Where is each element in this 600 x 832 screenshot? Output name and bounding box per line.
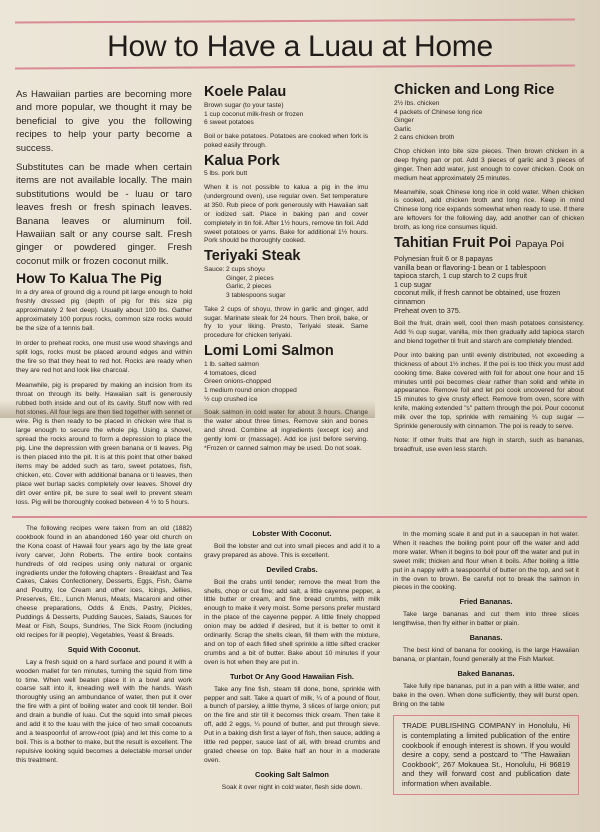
old-cookbook-column-2: Lobster With Coconut. Boil the lobster a… — [204, 525, 380, 798]
publisher-notice-box: TRADE PUBLISHING COMPANY in Honolulu, Hi… — [393, 715, 579, 794]
salt-salmon-recipe-part-1: Soak it over night in cold water, flesh … — [204, 784, 380, 793]
top-rule — [15, 19, 575, 24]
salt-salmon-recipe-part-2: In the morning scale it and put in a sau… — [393, 531, 579, 593]
intro-paragraph: As Hawaiian parties are becoming more an… — [16, 88, 192, 155]
teriyaki-directions: Take 2 cups of shoyu, throw in garlic an… — [204, 306, 368, 342]
fruit-poi-step-2: Pour into baking pan until evenly distri… — [394, 352, 584, 432]
fruit-poi-heading: Tahitian Fruit PoiPapaya Poi — [394, 239, 584, 250]
squid-recipe: Lay a fresh squid on a hard surface and … — [16, 659, 192, 766]
koele-palau-heading: Koele Palau — [204, 88, 368, 97]
lomi-salmon-ingredients: 1 lb. salted salmon 4 tomatoes, diced Gr… — [204, 361, 368, 404]
bananas-recipe: The best kind of banana for cooking, is … — [393, 647, 579, 665]
right-column: Chicken and Long Rice 2½ lbs. chicken 4 … — [394, 80, 584, 460]
deviled-crabs-recipe: Boil the crabs until tender; remove the … — [204, 579, 380, 668]
teriyaki-heading: Teriyaki Steak — [204, 252, 368, 261]
turbot-recipe: Take any fine fish, steam till done, bon… — [204, 686, 380, 766]
kalua-pig-heading: How To Kalua The Pig — [16, 274, 192, 283]
chicken-long-rice-heading: Chicken and Long Rice — [394, 86, 584, 95]
salt-salmon-heading: Cooking Salt Salmon — [204, 771, 380, 780]
chicken-long-rice-step-1: Chop chicken into bite size pieces. Then… — [394, 148, 584, 184]
old-cookbook-column-1: The following recipes were taken from an… — [16, 525, 192, 771]
old-cookbook-intro: The following recipes were taken from an… — [16, 525, 192, 641]
lobster-heading: Lobster With Coconut. — [204, 530, 380, 539]
title-underline-rule — [15, 65, 575, 70]
baked-bananas-heading: Baked Bananas. — [393, 670, 579, 679]
substitutions-paragraph: Substitutes can be made when certain ite… — [16, 161, 192, 268]
chicken-long-rice-ingredients: 2½ lbs. chicken 4 packets of Chinese lon… — [394, 100, 584, 143]
cookbook-page: How to Have a Luau at Home As Hawaiian p… — [0, 0, 600, 832]
intro-column: As Hawaiian parties are becoming more an… — [16, 88, 192, 513]
kalua-pig-step-1: In a dry area of ground dig a round pit … — [16, 288, 192, 333]
lomi-salmon-heading: Lomi Lomi Salmon — [204, 347, 368, 356]
fruit-poi-step-1: Boil the fruit, drain well, cool then ma… — [394, 320, 584, 347]
chicken-long-rice-step-2: Meanwhile, soak Chinese long rice in col… — [394, 189, 584, 234]
kalua-pork-ingredients: 5 lbs. pork butt — [204, 170, 368, 179]
fruit-poi-ingredients: Polynesian fruit 6 or 8 papayas vanilla … — [394, 255, 584, 315]
deviled-crabs-heading: Deviled Crabs. — [204, 566, 380, 575]
koele-palau-directions: Boil or bake potatoes. Potatoes are cook… — [204, 133, 368, 151]
squid-heading: Squid With Coconut. — [16, 646, 192, 655]
fruit-poi-note: Note: If other fruits that are high in s… — [394, 437, 584, 455]
bananas-heading: Bananas. — [393, 634, 579, 643]
page-fold-shadow — [0, 400, 375, 418]
fruit-poi-subheading: Papaya Poi — [515, 239, 564, 250]
fried-bananas-recipe: Take large bananas and cut them into thr… — [393, 611, 579, 629]
turbot-heading: Turbot Or Any Good Hawaiian Fish. — [204, 673, 380, 682]
kalua-pig-step-2: In order to preheat rocks, one must use … — [16, 339, 192, 375]
publisher-notice-text: TRADE PUBLISHING COMPANY in Honolulu, Hi… — [402, 721, 570, 788]
lobster-recipe: Boil the lobster and cut into small piec… — [204, 543, 380, 561]
koele-palau-ingredients: Brown sugar (to your taste) 1 cup coconu… — [204, 102, 368, 128]
kalua-pork-heading: Kalua Pork — [204, 157, 368, 166]
fried-bananas-heading: Fried Bananas. — [393, 598, 579, 607]
old-cookbook-column-3: In the morning scale it and put in a sau… — [393, 531, 579, 795]
section-divider-rule — [12, 516, 587, 518]
teriyaki-ingredients: Sauce: 2 cups shoyu Ginger, 2 pieces Gar… — [204, 266, 368, 300]
kalua-pork-directions: When it is not possible to kalua a pig i… — [204, 184, 368, 246]
baked-bananas-recipe: Take fully ripe bananas, put in a pan wi… — [393, 683, 579, 710]
page-title: How to Have a Luau at Home — [0, 30, 600, 64]
